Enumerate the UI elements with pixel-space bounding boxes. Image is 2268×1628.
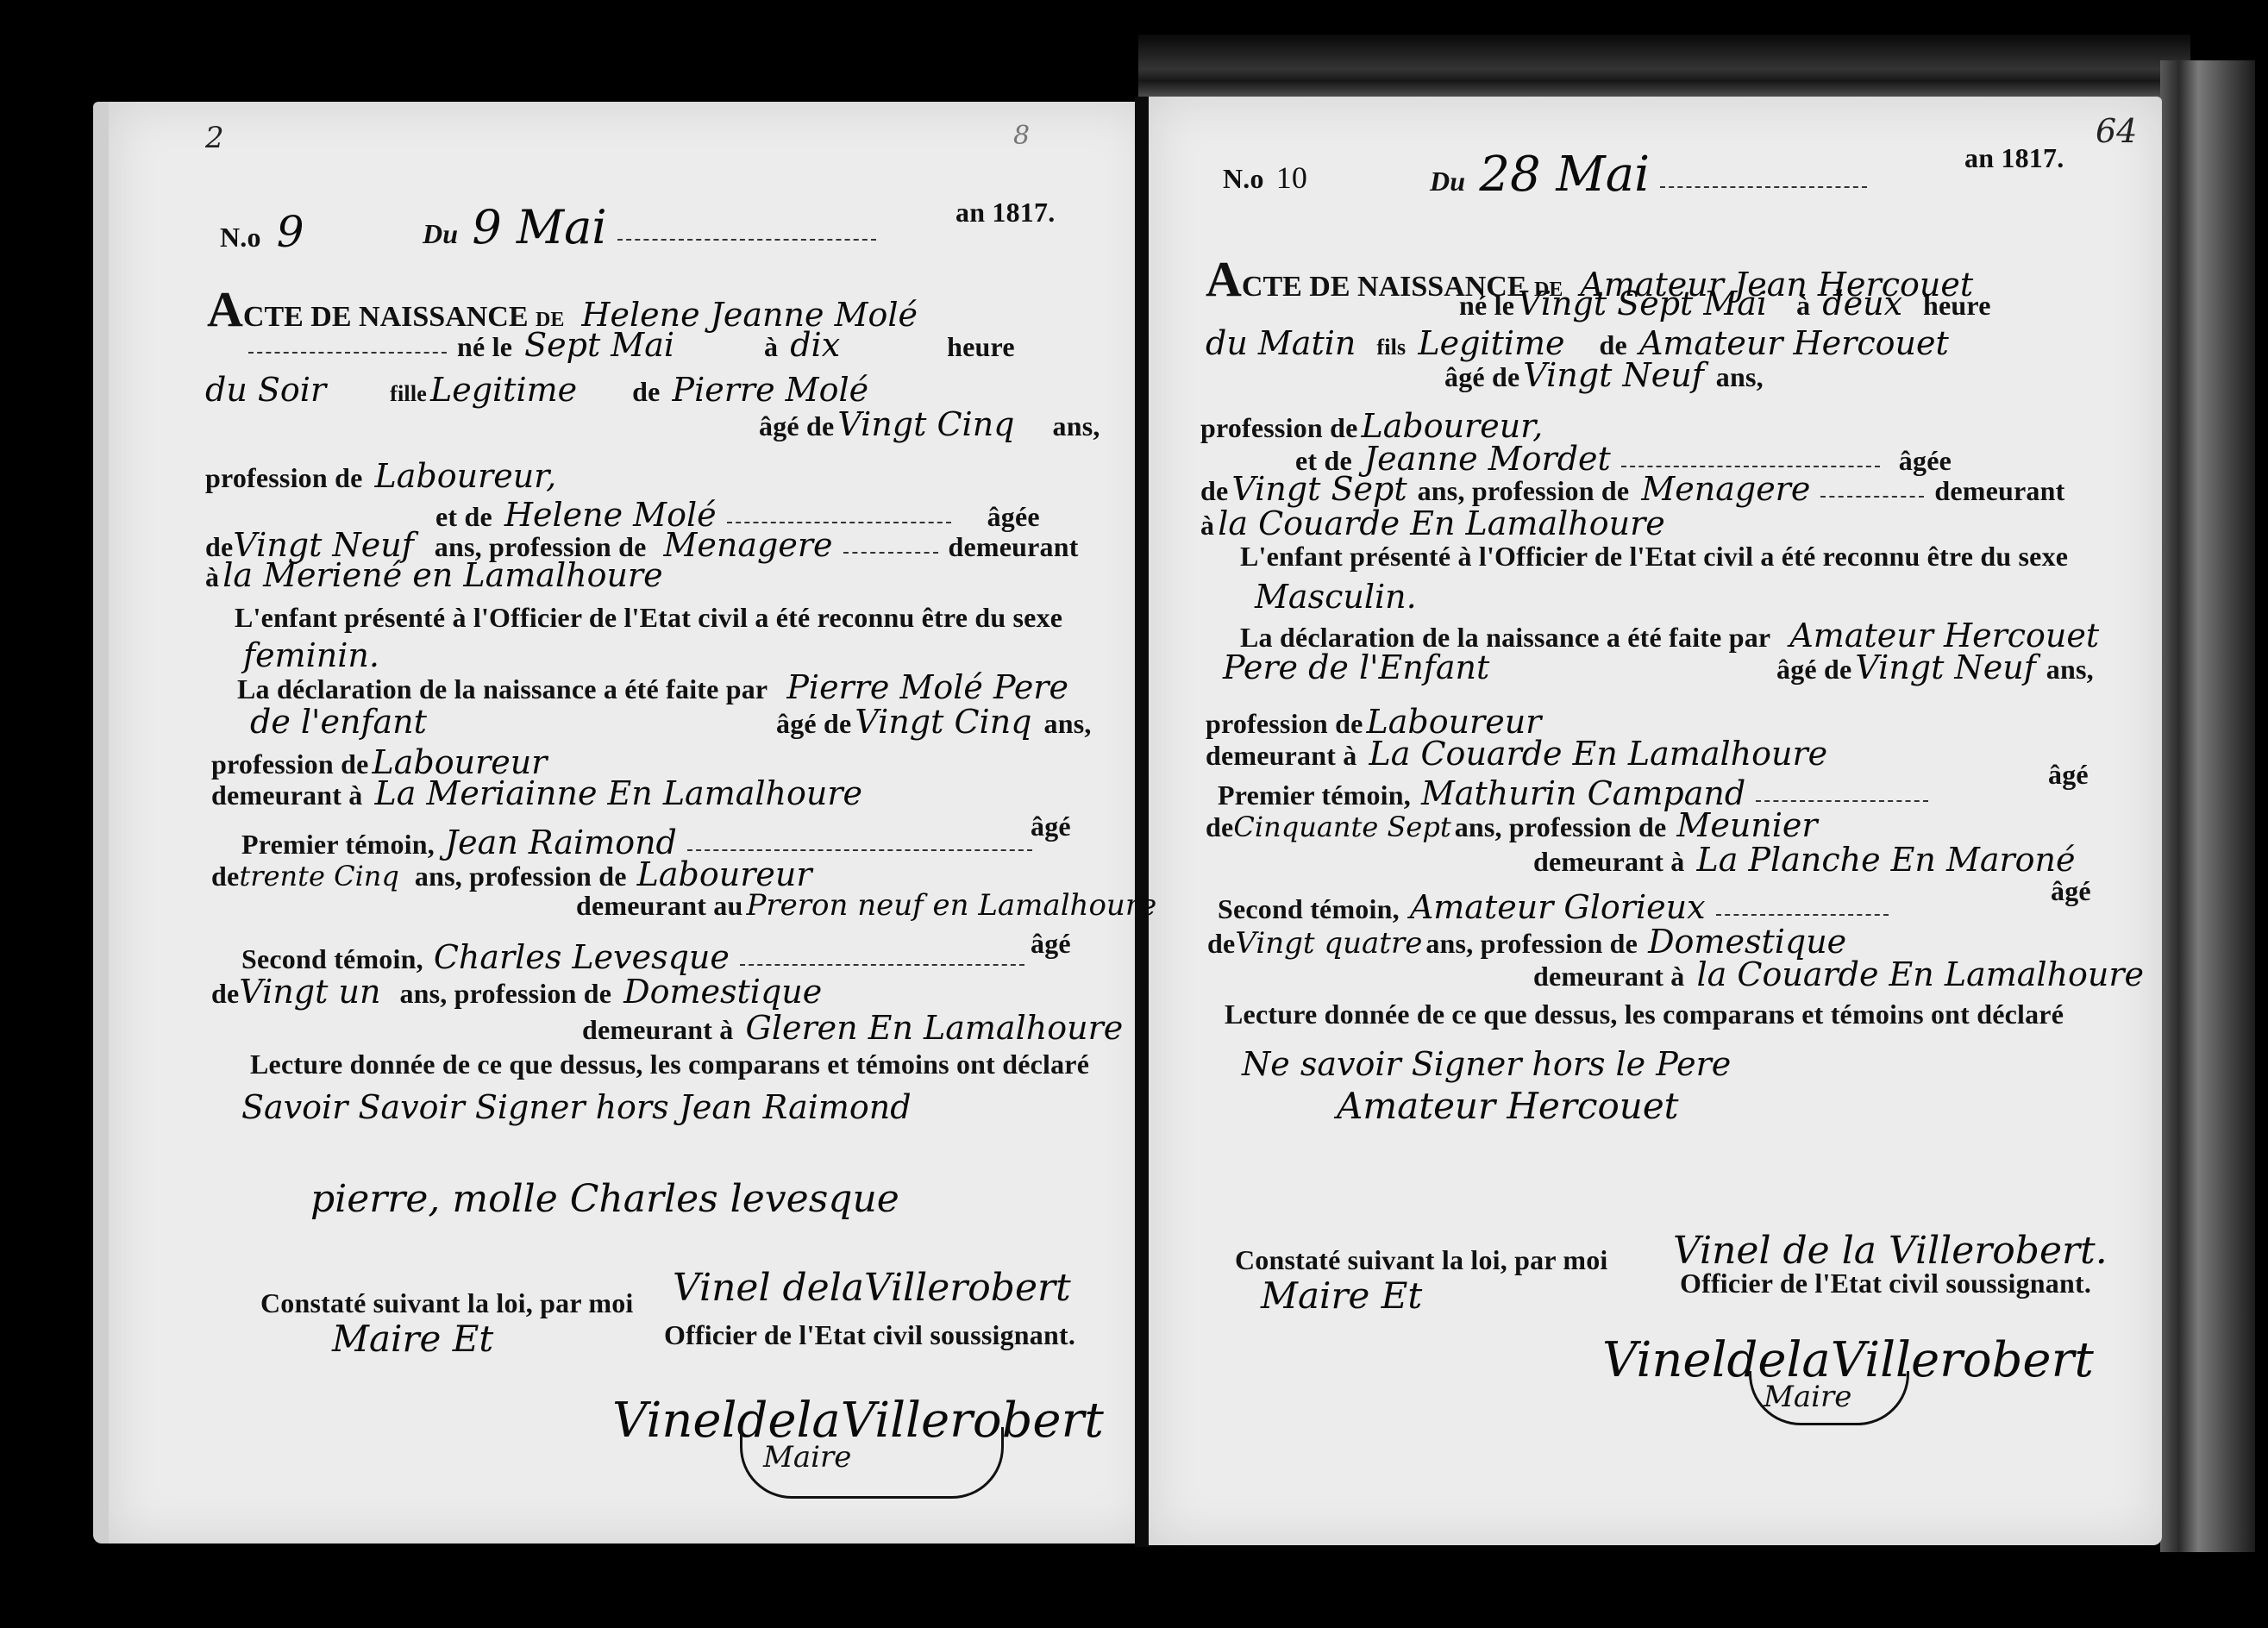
party-signatures: pierre, molle Charles levesque — [310, 1177, 899, 1221]
reading-sentence: Lecture donnée de ce que dessus, les com… — [1225, 999, 2064, 1030]
date-value: 9 Mai — [472, 200, 606, 254]
born-label: né le — [457, 331, 512, 362]
age-label: âgé de — [776, 708, 851, 739]
declarant-residence: La Couarde En Lamalhoure — [1369, 735, 1828, 773]
residence-prefix: à — [1200, 510, 1214, 541]
years-label: ans, — [1044, 708, 1092, 739]
witness1-residence-line: demeurant au Preron neuf en Lamalhoure — [576, 888, 1156, 923]
officer-name: Vinel delaVillerobert — [673, 1266, 1071, 1310]
born-date: Vingt Sept Mai — [1518, 285, 1767, 322]
father-name: Pierre Molé — [673, 371, 869, 409]
acte-initial: A — [1206, 251, 1242, 307]
father-profession-line: profession de Laboureur, — [205, 457, 556, 495]
declarant-cont: Pere de l'Enfant — [1223, 648, 1489, 686]
father-age: Vingt Cinq — [837, 405, 1014, 443]
witness2-age: Vingt quatre — [1235, 926, 1422, 961]
witness2-label: Second témoin, — [241, 943, 423, 974]
sex-sentence: L'enfant présenté à l'Officier de l'Etat… — [235, 602, 1062, 634]
of-label: de — [211, 978, 239, 1009]
hour-label: heure — [1923, 290, 1991, 321]
time-of-day: du Soir — [205, 371, 326, 409]
officer-label: Officier de l'Etat civil soussignant. — [1680, 1268, 2091, 1299]
witness1-age-line: deCinquante Sept ans, profession de Meun… — [1206, 806, 1818, 844]
declarant-age-line: âgé de Vingt Cinq ans, — [776, 703, 1092, 741]
folio-number: 64 — [2096, 112, 2137, 150]
declarant: Pierre Molé Pere — [786, 668, 1068, 706]
born-date: Sept Mai — [524, 326, 674, 364]
witness2-line: Second témoin, Amateur Glorieux — [1218, 888, 1895, 926]
reading-declaration: Ne savoir Signer hors le Pere — [1242, 1045, 1731, 1083]
years-label: ans, — [1053, 410, 1100, 441]
number-label: N.o — [220, 222, 261, 253]
certified-label: Constaté suivant la loi, par moi — [1235, 1244, 1608, 1276]
witness2-age-label: âgé — [1031, 928, 1071, 960]
age-label: âgé de — [1444, 361, 1519, 392]
witness1-age: Cinquante Sept — [1233, 811, 1450, 843]
officer-role: Maire Et — [332, 1318, 493, 1360]
filiation: Legitime — [430, 371, 577, 409]
father-age-line: âgé de Vingt Neuf ans, — [1444, 356, 1764, 394]
of-label: de — [1207, 928, 1235, 959]
witness1-age-label: âgé — [1031, 811, 1071, 842]
declarant-residence: La Meriainne En Lamalhoure — [375, 774, 863, 812]
mother-profession: Menagere — [664, 526, 833, 564]
book-page-stack-edge — [2160, 60, 2255, 1552]
declaration-sentence: La déclaration de la naissance a été fai… — [237, 673, 767, 704]
reading-sentence: Lecture donnée de ce que dessus, les com… — [250, 1049, 1089, 1080]
witness1-residence: La Planche En Maroné — [1697, 841, 2076, 879]
declarant-age-line: âgé de Vingt Neuf ans, — [1776, 648, 2094, 686]
witness1-profession: Meunier — [1676, 806, 1817, 844]
act-number-value: 10 — [1276, 160, 1307, 195]
residence: la Couarde En Lamalhoure — [1218, 504, 1665, 542]
filiation-label: fille — [390, 381, 427, 406]
residence-label: demeurant à — [582, 1014, 734, 1045]
residence-label: demeurant à — [211, 780, 363, 811]
hour: dix — [790, 326, 840, 364]
act-date: Du 28 Mai — [1430, 147, 1874, 203]
declaration-line: La déclaration de la naissance a été fai… — [237, 668, 1068, 706]
of-label: de — [211, 861, 239, 892]
officer-name: Vinel de la Villerobert. — [1673, 1229, 2108, 1273]
father-profession: Laboureur, — [374, 457, 556, 495]
profession-label: profession de — [1200, 412, 1357, 443]
of-label: de — [632, 376, 660, 407]
father-age: Vingt Neuf — [1523, 356, 1703, 394]
years-label: ans, — [1716, 361, 1764, 392]
filiation-line: du Soir fille Legitime de Pierre Molé — [205, 371, 868, 409]
witness2-age: Vingt un — [239, 973, 380, 1011]
of-label: de — [1200, 475, 1228, 506]
sex-sentence: L'enfant présenté à l'Officier de l'Etat… — [1240, 541, 2068, 573]
time-of-day: du Matin — [1206, 324, 1356, 362]
mother-profession: Menagere — [1641, 470, 1810, 508]
signature-flourish — [1749, 1371, 1909, 1425]
witness1-age-suffix: ans, profession de — [415, 861, 627, 892]
father-age-line: âgé de Vingt Cinq ans, — [759, 405, 1100, 443]
born-label: né le — [1459, 290, 1514, 321]
act-year: an 1817. — [955, 197, 1055, 229]
date-prefix: Du — [423, 218, 458, 249]
declarant-residence-line: demeurant à La Meriainne En Lamalhoure — [211, 774, 862, 812]
acte-initial: A — [207, 281, 243, 337]
at-label: à — [764, 331, 778, 362]
witness2-age-label: âgé — [2051, 875, 2091, 907]
witness1-age-suffix: ans, profession de — [1455, 811, 1667, 842]
declarant-cont: de l'enfant — [250, 703, 427, 741]
number-label: N.o — [1223, 163, 1264, 194]
residence-label: demeurant au — [576, 890, 743, 921]
witness2-profession: Domestique — [623, 973, 822, 1011]
residing-label: demeurant — [1934, 475, 2064, 506]
witness1-age: trente Cinq — [239, 860, 398, 892]
hour-label: heure — [947, 331, 1015, 362]
profession-label: profession de — [205, 462, 362, 493]
witness2-age-suffix: ans, profession de — [1425, 928, 1638, 959]
residence-label: demeurant à — [1206, 740, 1357, 771]
age-label: âgé de — [1776, 654, 1851, 685]
act-year: an 1817. — [1964, 142, 2064, 174]
mother-age-suffix: ans, profession de — [1418, 475, 1630, 506]
witness1-age-label: âgé — [2048, 759, 2089, 791]
sex-value: Masculin. — [1255, 578, 1417, 616]
witness2-label: Second témoin, — [1218, 893, 1400, 924]
act-number: N.o 9 — [220, 207, 304, 257]
act-number: N.o 10 — [1223, 160, 1307, 196]
age-label: âgé de — [759, 410, 834, 441]
officer-role: Maire Et — [1261, 1274, 1422, 1317]
corner-mark: 8 — [1013, 121, 1030, 151]
reading-declaration: Savoir Savoir Signer hors Jean Raimond — [241, 1088, 912, 1126]
witness2-residence: Gleren En Lamalhoure — [746, 1009, 1124, 1047]
filiation-label: fils — [1376, 335, 1406, 360]
birth-date-line: né le Sept Mai à dix heure — [241, 326, 1015, 364]
at-label: à — [1796, 290, 1810, 321]
residence-line: à la Couarde En Lamalhoure — [1200, 504, 1665, 542]
party-signatures: Amateur Hercouet — [1337, 1085, 1679, 1127]
act-date: Du 9 Mai — [423, 200, 883, 254]
page-mark: 2 — [205, 121, 224, 155]
residing-label: demeurant — [949, 531, 1079, 562]
declarant-residence-line: demeurant à La Couarde En Lamalhoure — [1206, 735, 1827, 773]
witness2-age-suffix: ans, profession de — [399, 978, 611, 1009]
residence-prefix: à — [205, 561, 219, 592]
witness2-name: Charles Levesque — [434, 938, 730, 976]
residence-label: demeurant à — [1533, 961, 1685, 992]
residence-line: à la Meriené en Lamalhoure — [205, 556, 663, 594]
hour: deux — [1822, 285, 1902, 322]
officer-label: Officier de l'Etat civil soussignant. — [664, 1319, 1075, 1351]
years-label: ans, — [2046, 654, 2094, 685]
witness2-age-line: deVingt un ans, profession de Domestique — [211, 973, 822, 1011]
declarant-age: Vingt Cinq — [855, 703, 1031, 741]
certified-label: Constaté suivant la loi, par moi — [260, 1287, 634, 1319]
witness2-residence: la Couarde En Lamalhoure — [1697, 955, 2145, 993]
mother-age-line: de Vingt Sept ans, profession de Menager… — [1200, 470, 2064, 508]
declarant-age: Vingt Neuf — [1855, 648, 2035, 686]
of-label: de — [1206, 811, 1233, 842]
act-number-value: 9 — [277, 207, 304, 257]
witness1-residence-line: demeurant à La Planche En Maroné — [1533, 841, 2076, 879]
witness2-name: Amateur Glorieux — [1410, 888, 1706, 926]
residence-label: demeurant à — [1533, 846, 1685, 877]
witness1-residence: Preron neuf en Lamalhoure — [747, 888, 1157, 923]
witness2-residence-line: demeurant à la Couarde En Lamalhoure — [1533, 955, 2144, 993]
signature-flourish — [740, 1427, 1004, 1499]
birth-date-line: né le Vingt Sept Mai à deux heure — [1459, 285, 1991, 322]
date-prefix: Du — [1430, 166, 1465, 197]
witness2-line: Second témoin, Charles Levesque — [241, 938, 1031, 976]
witness2-residence-line: demeurant à Gleren En Lamalhoure — [582, 1009, 1123, 1047]
residence: la Meriené en Lamalhoure — [222, 556, 662, 594]
date-value: 28 Mai — [1479, 147, 1650, 203]
mother-age: Vingt Sept — [1231, 470, 1407, 508]
